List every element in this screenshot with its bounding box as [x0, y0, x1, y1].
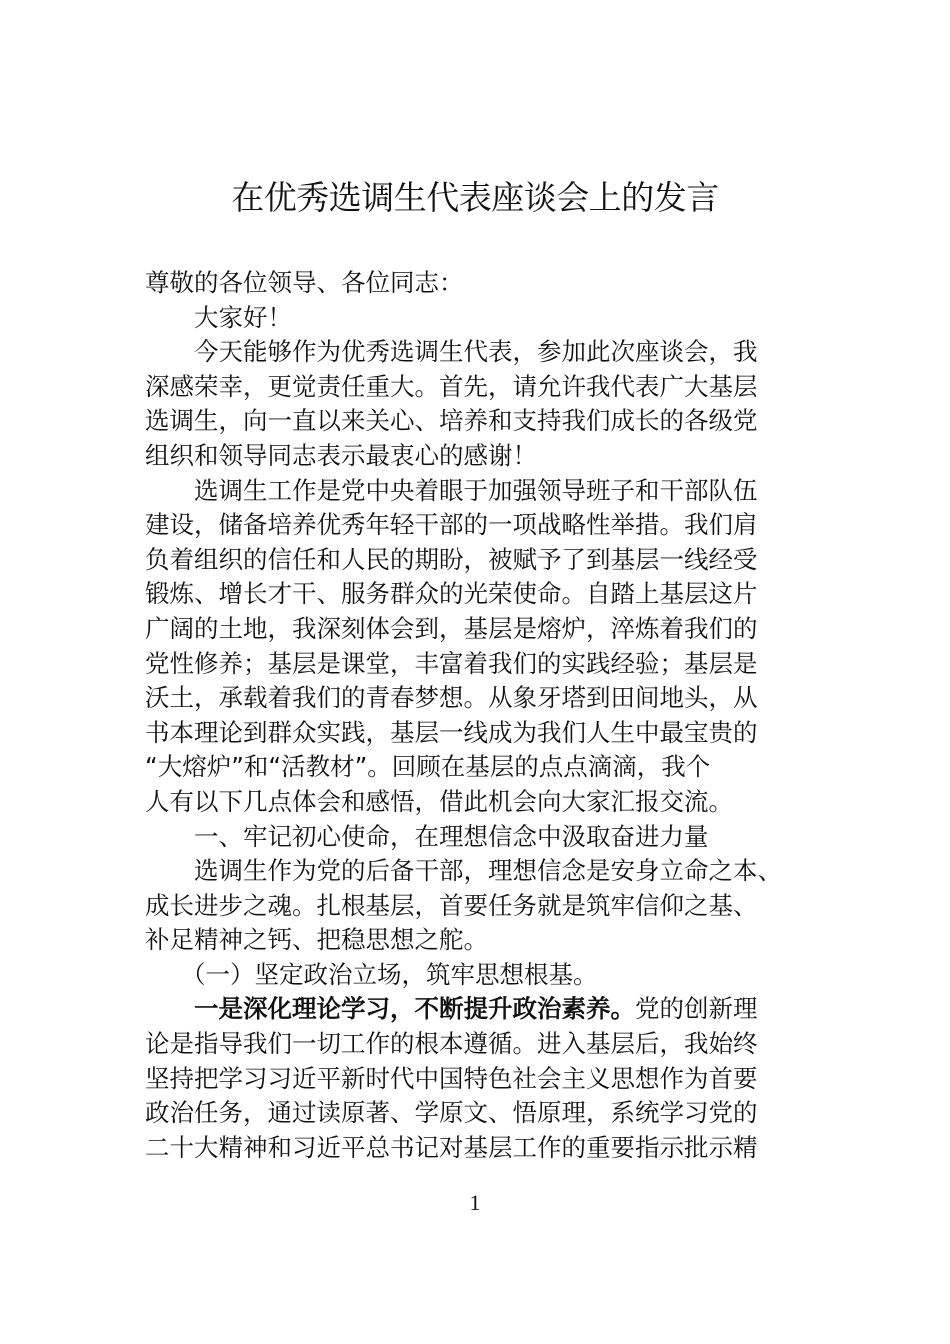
paragraph-line: 坚持把学习习近平新时代中国特色社会主义思想作为首要 — [145, 1062, 817, 1097]
paragraph-line: 人有以下几点体会和感悟，借此机会向大家汇报交流。 — [145, 785, 817, 820]
subsection-heading: （一）坚定政治立场，筑牢思想根基。 — [145, 958, 817, 993]
paragraph-line: 锻炼、增长才干、服务群众的光荣使命。自踏上基层这片 — [145, 577, 817, 612]
point-bold-lead: 一是深化理论学习，不断提升政治素养。 — [194, 994, 635, 1023]
paragraph-line: 组织和领导同志表示最衷心的感谢！ — [145, 439, 817, 474]
paragraph-line: 补足精神之钙、把稳思想之舵。 — [145, 923, 817, 958]
paragraph-line: 党性修养；基层是课堂，丰富着我们的实践经验；基层是 — [145, 647, 817, 682]
point-rest: 党的创新理 — [635, 994, 758, 1023]
salutation: 尊敬的各位领导、各位同志： — [145, 266, 817, 301]
paragraph-line: 深感荣幸，更觉责任重大。首先，请允许我代表广大基层 — [145, 370, 817, 405]
paragraph-line: 今天能够作为优秀选调生代表，参加此次座谈会，我 — [145, 335, 817, 370]
paragraph-line: 广阔的土地，我深刻体会到，基层是熔炉，淬炼着我们的 — [145, 612, 817, 647]
paragraph-line: 沃土，承载着我们的青春梦想。从象牙塔到田间地头，从 — [145, 681, 817, 716]
paragraph-line: 政治任务，通过读原著、学原文、悟原理，系统学习党的 — [145, 1096, 817, 1131]
section-heading: 一、牢记初心使命，在理想信念中汲取奋进力量 — [145, 820, 817, 855]
document-body: 尊敬的各位领导、各位同志： 大家好！ 今天能够作为优秀选调生代表，参加此次座谈会… — [145, 266, 817, 1165]
paragraph-line: 成长进步之魂。扎根基层，首要任务就是筑牢信仰之基、 — [145, 889, 817, 924]
document-page: 在优秀选调生代表座谈会上的发言 尊敬的各位领导、各位同志： 大家好！ 今天能够作… — [0, 0, 950, 1344]
page-number: 1 — [0, 1190, 950, 1216]
paragraph-line: 负着组织的信任和人民的期盼，被赋予了到基层一线经受 — [145, 543, 817, 578]
paragraph-line: 选调生工作是党中央着眼于加强领导班子和干部队伍 — [145, 474, 817, 509]
paragraph-line: 书本理论到群众实践，基层一线成为我们人生中最宝贵的 — [145, 716, 817, 751]
greeting: 大家好！ — [145, 301, 817, 336]
paragraph-line: 论是指导我们一切工作的根本遵循。进入基层后，我始终 — [145, 1027, 817, 1062]
paragraph-line: 建设，储备培养优秀年轻干部的一项战略性举措。我们肩 — [145, 508, 817, 543]
point-line: 一是深化理论学习，不断提升政治素养。党的创新理 — [145, 992, 817, 1027]
paragraph-line: 选调生，向一直以来关心、培养和支持我们成长的各级党 — [145, 404, 817, 439]
paragraph-line: 二十大精神和习近平总书记对基层工作的重要指示批示精 — [145, 1131, 817, 1166]
paragraph-line: “大熔炉”和“活教材”。回顾在基层的点点滴滴，我个 — [145, 750, 817, 785]
paragraph-line: 选调生作为党的后备干部，理想信念是安身立命之本、 — [145, 854, 817, 889]
document-title: 在优秀选调生代表座谈会上的发言 — [0, 172, 950, 219]
